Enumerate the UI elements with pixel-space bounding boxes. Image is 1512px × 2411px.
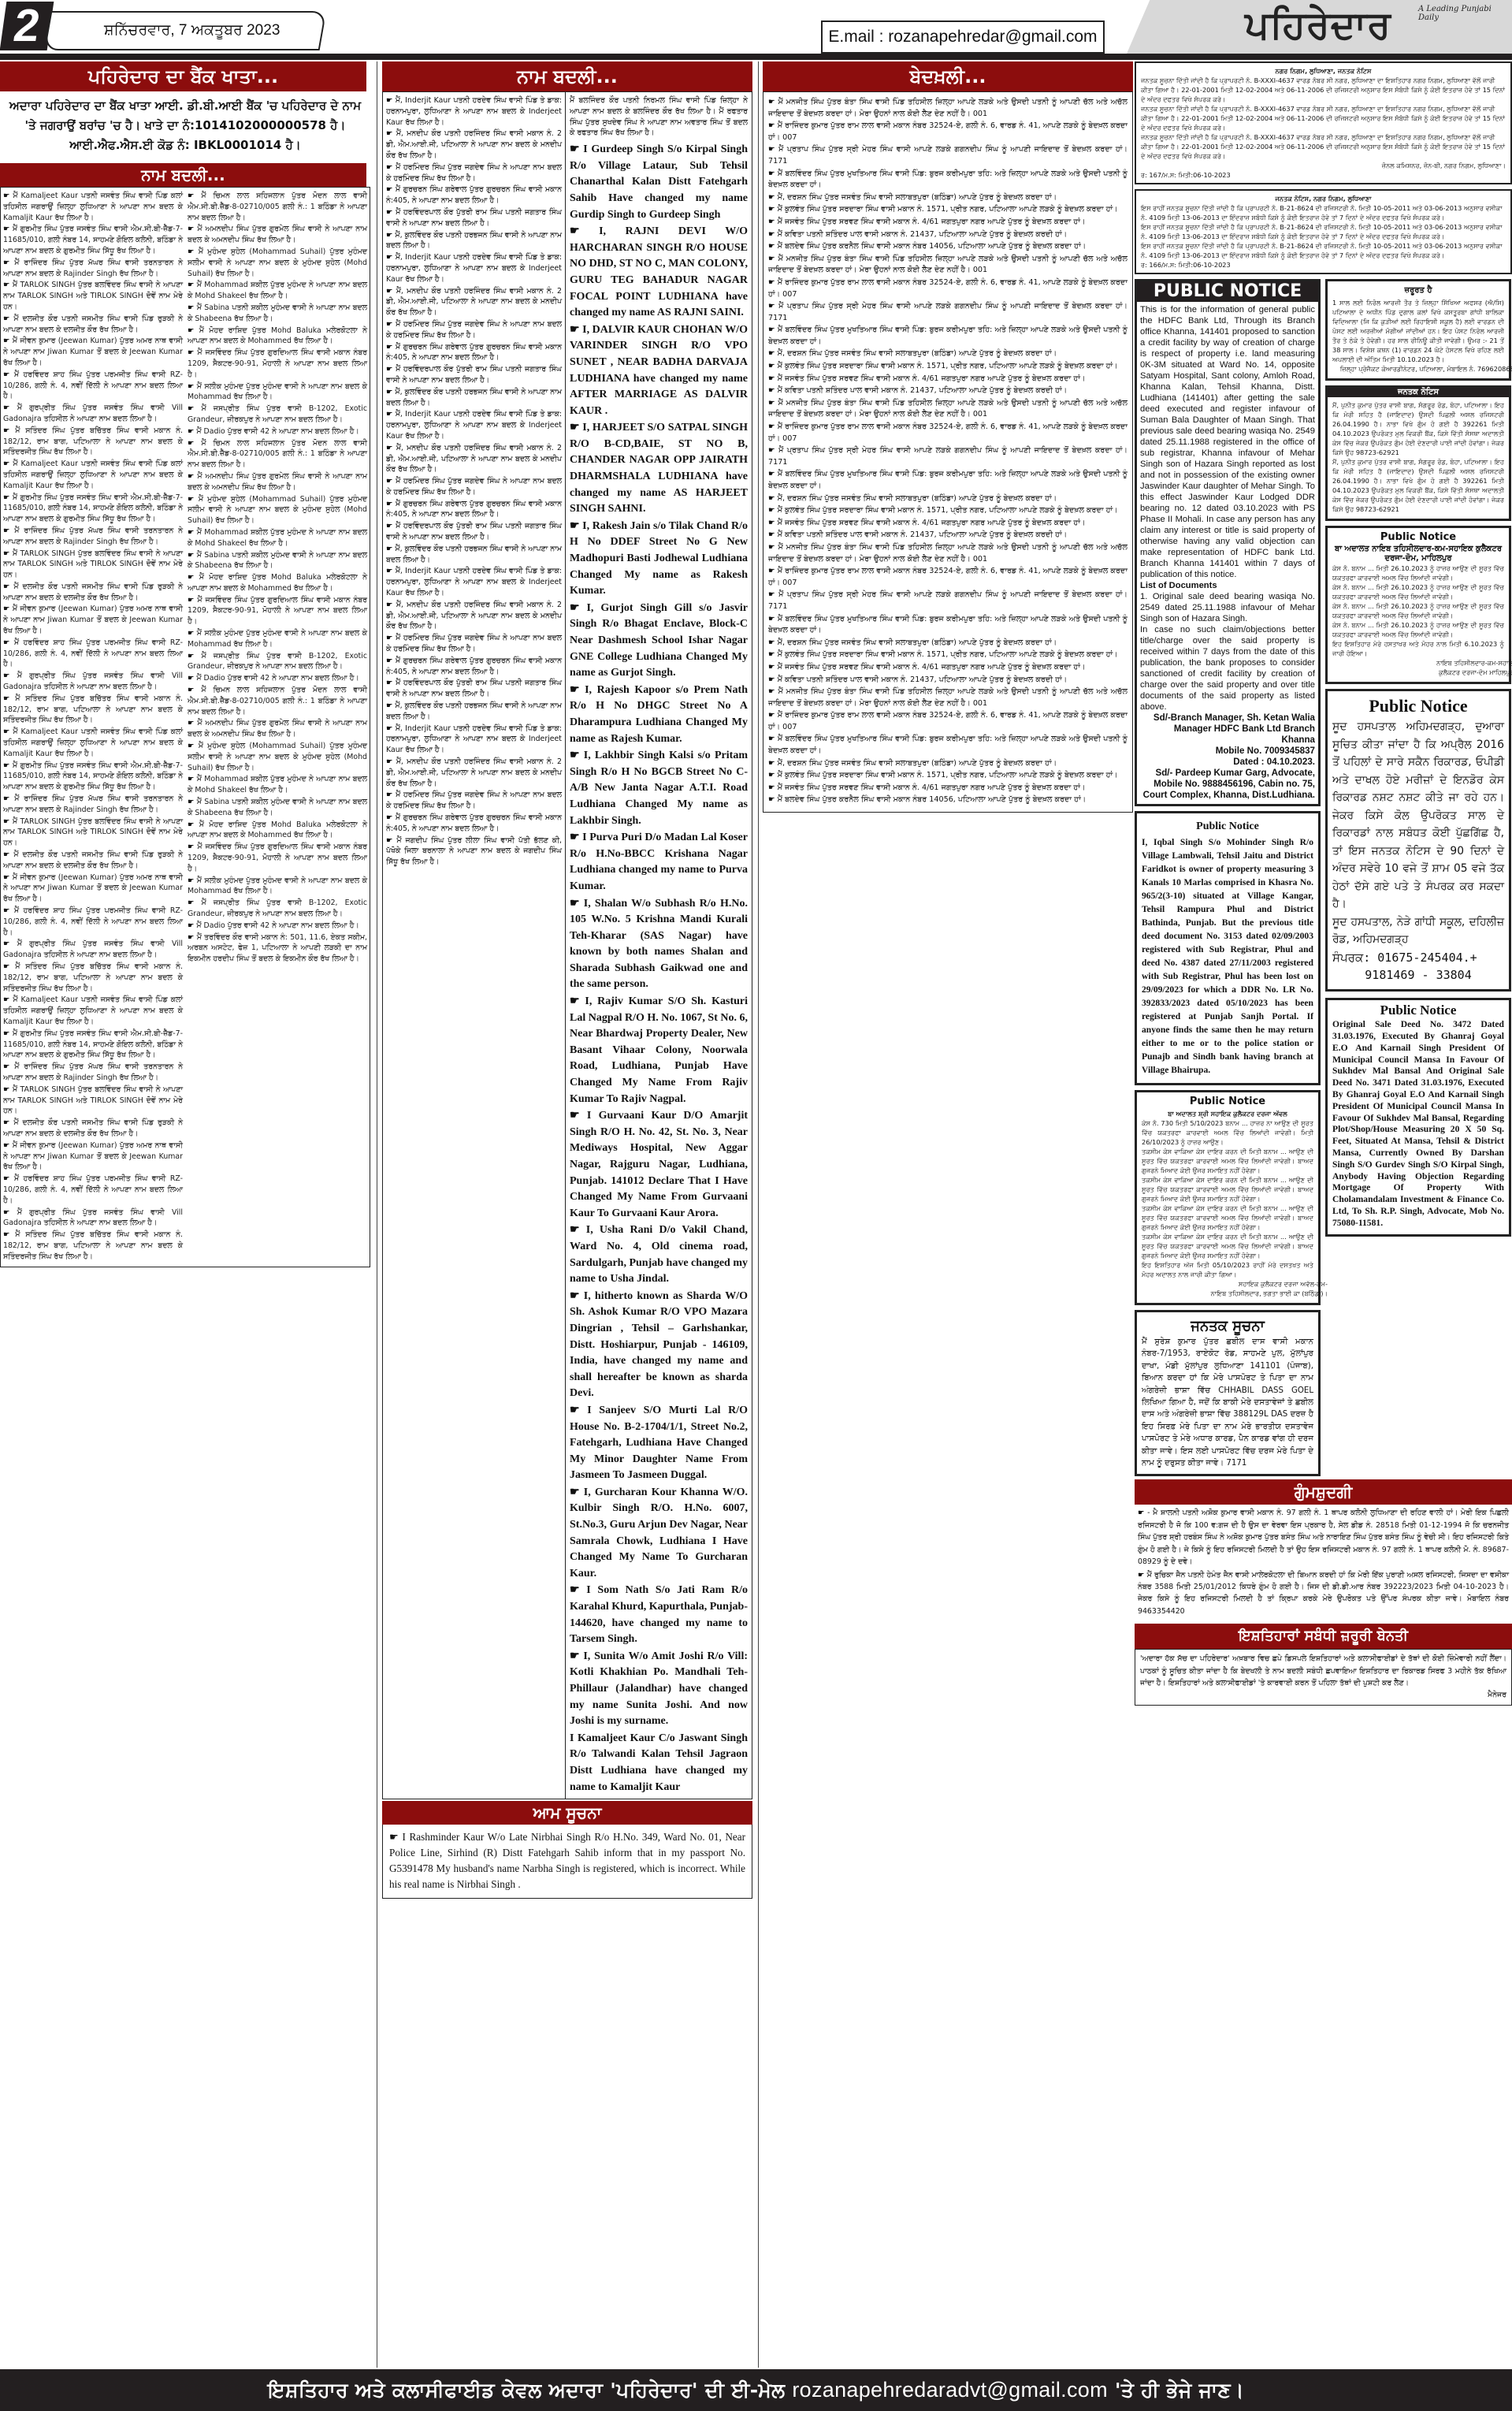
classified-entry: ਮੈਂ ਜਸਵੰਤ ਸਿੰਘ ਪੁੱਤਰ ਸਰਵਣ ਸਿੰਘ ਵਾਸੀ ਮਕਾਨ… xyxy=(768,374,1127,385)
classified-entry: ਮੈਂ ਕੁਲਵੰਤ ਸਿੰਘ ਪੁੱਤਰ ਸਰਦਾਰਾ ਸਿੰਘ ਵਾਸੀ ਮ… xyxy=(768,505,1127,517)
classified-entry: ਮੈਂ ਮੁਹੰਮਦ ਸੁਹੇਲ (Mohammad Suhail) ਪੁੱਤਰ… xyxy=(188,247,367,279)
classified-entry: ਮੈਂ ਗੁਰਮੀਤ ਸਿੰਘ ਪੁੱਤਰ ਜਸਵੰਤ ਸਿੰਘ ਵਾਸੀ ਐਮ… xyxy=(3,1029,183,1061)
footer-text-end: 'ਤੇ ਹੀ ਭੇਜੇ ਜਾਣ। xyxy=(1115,2379,1244,2402)
classified-entry: ਮੈਂ ਹਰਵਿੰਦਰ ਸ਼ਾਹ ਸਿੰਘ ਪੁੱਤਰ ਪਰਮਜੀਤ ਸਿੰਘ … xyxy=(3,370,183,402)
classified-entry: ਮੈਂ ਰਾਜਿੰਦਰ ਕੁਮਾਰ ਪੁੱਤਰ ਰਾਮ ਲਾਲ ਵਾਸੀ ਮਕਾ… xyxy=(768,422,1127,445)
classified-entry: ਮੈਂ ਬਲਦੇਵ ਸਿੰਘ ਪੁੱਤਰ ਕਰਨੈਲ ਸਿੰਘ ਵਾਸੀ ਮਕਾ… xyxy=(768,241,1127,253)
classified-entry: ਮੈਂ ਦਲਜੀਤ ਕੌਰ ਪਤਨੀ ਜਸਮੀਤ ਸਿੰਘ ਵਾਸੀ ਪਿੰਡ … xyxy=(3,582,183,604)
classified-entry: ਮੈਂ ਗੁਰਮੀਤ ਸਿੰਘ ਪੁੱਤਰ ਜਸਵੰਤ ਸਿੰਘ ਵਾਸੀ ਐਮ… xyxy=(3,761,183,793)
classified-entry: ਮੈਂ ਮੁਹੰਮਦ ਸੁਹੇਲ (Mohammad Suhail) ਪੁੱਤਰ… xyxy=(188,494,367,526)
classified-entry: ਮੈਂ Kamaljeet Kaur ਪਤਨੀ ਜਸਵੰਤ ਸਿੰਘ ਵਾਸੀ … xyxy=(3,459,183,491)
name-change-heading-main: ਨਾਮ ਬਦਲੀ... xyxy=(382,61,752,91)
classified-entry: ਮੈਂ ਰਾਜਿੰਦਰ ਕੁਮਾਰ ਪੁੱਤਰ ਰਾਮ ਲਾਲ ਵਾਸੀ ਮਕਾ… xyxy=(768,277,1127,300)
notice-title: Public Notice xyxy=(1142,820,1313,833)
classified-entry: ਮੈਂ, ਦਰਸ਼ਨ ਸਿੰਘ ਪੁੱਤਰ ਜਸਵੰਤ ਸਿੰਘ ਵਾਸੀ ਸਲ… xyxy=(768,192,1127,204)
classified-entry: ਮੈਂ ਕੁਲਵੰਤ ਸਿੰਘ ਪੁੱਤਰ ਸਰਦਾਰਾ ਸਿੰਘ ਵਾਸੀ ਮ… xyxy=(768,649,1127,661)
classified-entry: ਮੈਂ ਗੁਰਚਰਨ ਸਿੰਘ ਗਰੇਵਾਲ ਪੁੱਤਰ ਗੁਰਚਰਨ ਸਿੰਘ… xyxy=(386,499,562,521)
footer-text: ਇਸ਼ਤਿਹਾਰ ਅਤੇ ਕਲਾਸੀਫਾਈਡ ਕੇਵਲ ਅਦਾਰਾ 'ਪਹਿਰੇ… xyxy=(268,2379,785,2402)
classified-entry: ਮੈਂ ਕੁਲਵੰਤ ਸਿੰਘ ਪੁੱਤਰ ਸਰਦਾਰਾ ਸਿੰਘ ਵਾਸੀ ਮ… xyxy=(768,361,1127,373)
classified-entry: ਮੈਂ TARLOK SINGH ਪੁੱਤਰ ਬਲਵਿੰਦਰ ਸਿੰਘ ਵਾਸੀ… xyxy=(3,1085,183,1117)
classified-entry: ਮੈਂ ਹਰਵਿੰਦਰਪਾਲ ਕੌਰ ਪੁੱਤਰੀ ਰਾਮ ਸਿੰਘ ਪਤਨੀ … xyxy=(386,207,562,229)
general-notice-body: I Rashminder Kaur W/o Late Nirbhai Singh… xyxy=(382,1825,752,1899)
classified-entry: ਮੈਂ, Inderjit Kaur ਪਤਨੀ ਹਰਦੇਵ ਸਿੰਘ ਵਾਸੀ … xyxy=(386,252,562,285)
iqbal-public-notice: Public Notice I, Iqbal Singh S/o Mohinde… xyxy=(1135,811,1321,1085)
classified-entry: ਮੈਂ ਹਰਵਿੰਦਰ ਸ਼ਾਹ ਸਿੰਘ ਪੁੱਤਰ ਪਰਮਜੀਤ ਸਿੰਘ … xyxy=(3,906,183,938)
bank-account-heading: ਪਹਿਰੇਦਾਰ ਦਾ ਬੈਂਕ ਖਾਤਾ... xyxy=(0,61,366,91)
classified-entry: ਮੈਂ Kamaljeet Kaur ਪਤਨੀ ਜਸਵੰਤ ਸਿੰਘ ਵਾਸੀ … xyxy=(3,727,183,759)
classified-entry: ਮੈਂ ਜਸਵੰਤ ਸਿੰਘ ਪੁੱਤਰ ਸਰਵਣ ਸਿੰਘ ਵਾਸੀ ਮਕਾਨ… xyxy=(768,217,1127,229)
notice-body: ਮੈਂ ਸੁਰੇਸ਼ ਕੁਮਾਰ ਪੁੱਤਰ ਛਬੀਲ ਦਾਸ ਵਾਸੀ ਮਕਾ… xyxy=(1142,1336,1313,1469)
classified-entry: ਮੈਂ ਗੁਰਚਰਨ ਸਿੰਘ ਗਰੇਵਾਲ ਪੁੱਤਰ ਗੁਰਚਰਨ ਸਿੰਘ… xyxy=(386,184,562,206)
classified-entry: ਮੈਂ ਮਨਜੀਤ ਸਿੰਘ ਪੁੱਤਰ ਬੰਤਾ ਸਿੰਘ ਵਾਸੀ ਪਿੰਡ… xyxy=(768,686,1127,709)
classified-entry: ਮੈਂ ਰਾਜਿੰਦਰ ਸਿੰਘ ਪੁੱਤਰ ਮੱਘਰ ਸਿੰਘ ਵਾਸੀ ਤਰ… xyxy=(3,1062,183,1084)
notice-body: ਤਕਸੀਮ ਕੇਸ ਵਾਕਿਆ ਕੇਸ ਦਾਇਰ ਕਰਨ ਦੀ ਮਿਤੀ ਬਨਾ… xyxy=(1142,1175,1313,1204)
document-item: 1. Original sale deed bearing wasiqa No.… xyxy=(1140,591,1315,624)
page-number: 2 xyxy=(0,2,54,50)
notice-body: Original Sale Deed No. 3472 Dated 31.03.… xyxy=(1332,1019,1504,1229)
notice-body: 1 ਸਾਲ ਲਈ ਨਿਰੋਲ ਆਰਜ਼ੀ ਤੌਰ ਤੇ ਜ਼ਿਲ੍ਹਾ ਸਿੱਖ… xyxy=(1332,298,1504,364)
classified-entry: ਮੈਂ, Inderjit Kaur ਪਤਨੀ ਹਰਦੇਵ ਸਿੰਘ ਵਾਸੀ … xyxy=(386,409,562,441)
classified-entry: ਮੈਂ ਜਸਵਿੰਦਰ ਸਿੰਘ ਪੁੱਤਰ ਗੁਰਦਿਆਲ ਸਿੰਘ ਵਾਸੀ… xyxy=(188,595,367,627)
classified-entry: ਮੈਂ, ਕੁਲਵਿੰਦਰ ਕੌਰ ਪਤਨੀ ਹਰਭਜਨ ਸਿੰਘ ਵਾਸੀ ਨ… xyxy=(386,387,562,409)
classified-entry: ਮੈਂ ਤਰਵਿੰਦਰ ਕੌਰ ਵਾਸੀ ਮਕਾਨ ਨੰ: 501, 11.6,… xyxy=(188,932,367,965)
classified-entry: ਮੈਂ ਬਲਦੇਵ ਸਿੰਘ ਪੁੱਤਰ ਕਰਨੈਲ ਸਿੰਘ ਵਾਸੀ ਮਕਾ… xyxy=(768,794,1127,806)
classified-entry: ਮੈਂ ਸਲੀਕ ਮੁਹੰਮਦ ਪੁੱਤਰ ਮੁਹੰਮਦ ਵਾਸੀ ਨੇ ਆਪਣ… xyxy=(188,381,367,404)
classified-entry: ਮੈਂ ਕੁਲਵੰਤ ਸਿੰਘ ਪੁੱਤਰ ਸਰਦਾਰਾ ਸਿੰਘ ਵਾਸੀ ਮ… xyxy=(768,770,1127,782)
classified-entry: ਮੈਂ ਚਿਮਨ ਲਾਲ ਸਹਿਜਲਾਨ ਪੁੱਤਰ ਮੋਦਨ ਲਾਲ ਵਾਸੀ… xyxy=(188,438,367,471)
classified-entry: ਮੈਂ ਚਿਮਨ ਲਾਲ ਸਹਿਜਲਾਨ ਪੁੱਤਰ ਮੋਦਨ ਲਾਲ ਵਾਸੀ… xyxy=(188,191,367,223)
classified-entry: ਮੈਂ ਜਸਪ੍ਰੀਤ ਸਿੰਘ ਪੁੱਤਰ ਵਾਸੀ B-1202, Exot… xyxy=(188,651,367,673)
signature-line: Mobile No. 9888456196, Cabin no. 75, xyxy=(1140,779,1315,790)
classified-entry: ਮੈਂ Mohammad ਸ਼ਕੀਲ ਪੁੱਤਰ ਮੁਹੰਮਦ ਨੇ ਆਪਣਾ … xyxy=(188,527,367,549)
classified-entry: ਮੈਂ ਜਸਵਿੰਦਰ ਸਿੰਘ ਪੁੱਤਰ ਗੁਰਦਿਆਲ ਸਿੰਘ ਵਾਸੀ… xyxy=(188,348,367,380)
classified-entry: ਮੈਂ ਗੁਰਪ੍ਰੀਤ ਸਿੰਘ ਪੁੱਤਰ ਜਸਵੰਤ ਸਿੰਘ ਵਾਸੀ … xyxy=(3,671,183,693)
name-change-listing: ਮੈਂ Kamaljeet Kaur ਪਤਨੀ ਜਸਵੰਤ ਸਿੰਘ ਵਾਸੀ … xyxy=(0,187,370,1267)
classified-entry: ਮੈਂ, ਦਰਸ਼ਨ ਸਿੰਘ ਪੁੱਤਰ ਜਸਵੰਤ ਸਿੰਘ ਵਾਸੀ ਸਲ… xyxy=(768,758,1127,770)
classified-entry: I Som Nath S/o Jati Ram R/o Karahal Khur… xyxy=(570,1583,748,1647)
notice-body: ਸੂਦ ਹਸਪਤਾਲ ਅਹਿਮਦਗੜ੍ਹ, ਦੁਆਰਾ ਸੂਚਿਤ ਕੀਤਾ ਜ… xyxy=(1332,718,1504,913)
classified-entry: ਮੈਂ ਸਤਿੰਦਰ ਸਿੰਘ ਪੁੱਤਰ ਬਚਿੱਤਰ ਸਿੰਘ ਵਾਸੀ ਮ… xyxy=(3,694,183,726)
classified-entry: ਮੈਂ Dadio ਪੁੱਤਰ ਵਾਸੀ 42 ਨੇ ਆਪਣਾ ਨਾਮ ਬਦਲ … xyxy=(188,426,367,437)
classified-entry: ਮੈਂ ਗੁਰਪ੍ਰੀਤ ਸਿੰਘ ਪੁੱਤਰ ਜਸਵੰਤ ਸਿੰਘ ਵਾਸੀ … xyxy=(3,1207,183,1230)
classified-entry: ਮੈਂ ਦਲਜੀਤ ਕੌਰ ਪਤਨੀ ਜਸਮੀਤ ਸਿੰਘ ਵਾਸੀ ਪਿੰਡ … xyxy=(3,850,183,872)
notice-date: ਇਹ ਇਸ਼ਤਿਹਾਰ ਅੱਜ ਮਿਤੀ 05/10/2023 ਰਾਹੀਂ ਮੇ… xyxy=(1142,1260,1313,1279)
column-public-notices: ਨਗਰ ਨਿਗਮ, ਲੁਧਿਆਣਾ, ਜਨਤਕ ਨੋਟਿਸ ਜਨਤਕ ਸੂਚਨਾ… xyxy=(1135,61,1512,1706)
classified-entry: ਮੈਂ, ਕੁਲਵਿੰਦਰ ਕੌਰ ਪਤਨੀ ਹਰਭਜਨ ਸਿੰਘ ਵਾਸੀ ਨ… xyxy=(386,230,562,252)
notices-left-stack: PUBLIC NOTICE This is for the informatio… xyxy=(1135,279,1321,1476)
warden-recruitment-notice: ਜ਼ਰੂਰਤ ਹੈ 1 ਸਾਲ ਲਈ ਨਿਰੋਲ ਆਰਜ਼ੀ ਤੌਰ ਤੇ ਜ਼… xyxy=(1325,279,1511,381)
classified-entry: I Gurdeep Singh S/o Kirpal Singh R/o Vil… xyxy=(570,142,748,223)
notice-signature: ਜ਼ੋਨਲ ਕਮਿਸ਼ਨਰ, ਜ਼ੋਨ-ਬੀ, ਨਗਰ ਨਿਗਮ, ਲੁਧਿਆਣ… xyxy=(1141,161,1506,170)
classified-entry: I, Rajesh Kapoor s/o Prem Nath R/o H No … xyxy=(570,683,748,747)
classified-entry: ਮੈਂ ਰਾਜਿੰਦਰ ਸਿੰਘ ਪੁੱਤਰ ਮੱਘਰ ਸਿੰਘ ਵਾਸੀ ਤਰ… xyxy=(3,258,183,280)
notice-title: ਨਗਰ ਨਿਗਮ, ਲੁਧਿਆਣਾ, ਜਨਤਕ ਨੋਟਿਸ xyxy=(1141,66,1506,76)
classified-entry: ਮੈਂ, ਮਨਦੀਪ ਕੌਰ ਪਤਨੀ ਹਰਜਿੰਦਰ ਸਿੰਘ ਵਾਸੀ ਮਕ… xyxy=(386,286,562,318)
documents-heading: List of Documents xyxy=(1140,580,1315,591)
classified-entry: ਮੈਂ ਮੋਹਦ ਰਾਸ਼ਿਦ ਪੁੱਤਰ Mohd Baluka ਮਲੇਰਕੋ… xyxy=(188,572,367,594)
classified-entry: I, hitherto known as Sharda W/O Sh. Asho… xyxy=(570,1289,748,1402)
classified-entry: ਮੈਂ ਬਲਜਿੰਦਰ ਕੌਰ ਪਤਨੀ ਨਿਰਮਲ ਸਿੰਘ ਵਾਸੀ ਪਿੰ… xyxy=(570,95,748,139)
classified-entry: ਮੈਂ, ਦਰਸ਼ਨ ਸਿੰਘ ਪੁੱਤਰ ਜਸਵੰਤ ਸਿੰਘ ਵਾਸੀ ਸਲ… xyxy=(768,493,1127,505)
classified-entry: ਮੈਂ ਹਰਮਿੰਦਰ ਸਿੰਘ ਪੁੱਤਰ ਜਗਦੇਵ ਸਿੰਘ ਨੇ ਆਪਣ… xyxy=(386,162,562,184)
notice-signature: ਨਾਇਬ ਤਹਿਸੀਲਦਾਰ-ਕਮ-ਸਹਾਇਕ xyxy=(1332,658,1512,668)
notice-body: ਜਨਤਕ ਸੂਚਨਾ ਦਿੱਤੀ ਜਾਂਦੀ ਹੈ ਕਿ ਪ੍ਰਾਪਰਟੀ ਨੰ… xyxy=(1141,132,1506,161)
classified-entry: ਮੈਂ ਅਮਨਦੀਪ ਸਿੰਘ ਪੁੱਤਰ ਗੁਰਮੇਲ ਸਿੰਘ ਵਾਸੀ ਨ… xyxy=(188,224,367,246)
classified-entry: - ਮੈ ਸ਼ਾਲਨੀ ਪਤਨੀ ਅਸ਼ੋਕ ਕੁਮਾਰ ਵਾਸੀ ਮਕਾਨ ਨ… xyxy=(1138,1507,1509,1568)
masthead: 2 ਸ਼ਨਿੱਚਰਵਾਰ, 7 ਅਕਤੂਬਰ 2023 E.mail : roz… xyxy=(0,0,1512,54)
signature-line: Manager HDFC Bank Ltd Branch Khanna xyxy=(1140,724,1315,746)
classified-entry: ਮੈਂ ਜੀਵਨ ਕੁਮਾਰ (Jeewan Kumar) ਪੁੱਤਰ ਅਮਰ … xyxy=(3,872,183,905)
classified-entry: ਮੈਂ ਮਨਜੀਤ ਸਿੰਘ ਪੁੱਤਰ ਬੰਤਾ ਸਿੰਘ ਵਾਸੀ ਪਿੰਡ… xyxy=(768,398,1127,421)
classified-entry: ਮੈਂ ਹਰਵਿੰਦਰਪਾਲ ਕੌਰ ਪੁੱਤਰੀ ਰਾਮ ਸਿੰਘ ਪਤਨੀ … xyxy=(386,364,562,386)
date-banner: ਸ਼ਨਿੱਚਰਵਾਰ, 7 ਅਕਤੂਬਰ 2023 xyxy=(44,11,327,50)
classified-entry: ਮੈਂ ਦਲਜੀਤ ਕੌਰ ਪਤਨੀ ਜਸਮੀਤ ਸਿੰਘ ਵਾਸੀ ਪਿੰਡ … xyxy=(3,314,183,336)
classified-entry: I, Shalan W/o Subhash R/o H.No. 105 W.No… xyxy=(570,896,748,994)
notice-title: ਜਨਤਕ ਸੂਚਨਾ xyxy=(1142,1317,1313,1336)
classified-entry: I, HARJEET S/O SATPAL SINGH R/O B-CD,BAI… xyxy=(570,420,748,518)
classified-entry: ਮੈਂ ਕਵਿਤਾ ਪਤਨੀ ਸ਼ਤਿੰਦਰ ਪਾਲ ਵਾਸੀ ਮਕਾਨ ਨੰ.… xyxy=(768,530,1127,541)
classified-entry: ਮੈਂ ਮੁਹੰਮਦ ਸੁਹੇਲ (Mohammad Suhail) ਪੁੱਤਰ… xyxy=(188,741,367,773)
tagline: A Leading Punjabi Daily xyxy=(1418,5,1512,22)
classified-entry: I Sanjeev S/O Murti Lal R/O House No. B-… xyxy=(570,1403,748,1484)
classified-entry: ਮੈਂ ਬਲਵਿੰਦਰ ਸਿੰਘ ਪੁੱਤਰ ਮੁਖਤਿਆਰ ਸਿੰਘ ਵਾਸੀ… xyxy=(768,325,1127,348)
ad-request-heading: ਇਸ਼ਤਿਹਾਰਾਂ ਸਬੰਧੀ ਜ਼ਰੂਰੀ ਬੇਨਤੀ xyxy=(1135,1624,1512,1649)
classified-entry: ਮੈਂ ਪ੍ਰਤਾਪ ਸਿੰਘ ਪੁੱਤਰ ਸ੍ਰੀ ਮੇਹਰ ਸਿੰਘ ਵਾਸ… xyxy=(768,301,1127,324)
notice-body: ਤਕਸੀਮ ਕੇਸ ਵਾਕਿਆ ਕੇਸ ਦਾਇਰ ਕਰਨ ਦੀ ਮਿਤੀ ਬਨਾ… xyxy=(1142,1147,1313,1175)
classified-entry: ਮੈਂ ਪ੍ਰਤਾਪ ਸਿੰਘ ਪੁੱਤਰ ਸ੍ਰੀ ਮੇਹਰ ਸਿੰਘ ਵਾਸ… xyxy=(768,445,1127,468)
classified-entry: ਮੈਂ TARLOK SINGH ਪੁੱਤਰ ਬਲਵਿੰਦਰ ਸਿੰਘ ਵਾਸੀ… xyxy=(3,817,183,849)
classified-entry: ਮੈਂ ਹਰਮਿੰਦਰ ਸਿੰਘ ਪੁੱਤਰ ਜਗਦੇਵ ਸਿੰਘ ਨੇ ਆਪਣ… xyxy=(386,319,562,341)
classified-entry: I Gurvaani Kaur D/O Amarjit Singh R/O H.… xyxy=(570,1108,748,1222)
notice-title: ਜ਼ਰੂਰਤ ਹੈ xyxy=(1332,286,1504,296)
classified-entry: ਮੈਂ ਹਰਵਿੰਦਰਪਾਲ ਕੌਰ ਪੁੱਤਰੀ ਰਾਮ ਸਿੰਘ ਪਤਨੀ … xyxy=(386,678,562,700)
classified-entry: ਮੈਂ ਜਸਵੰਤ ਸਿੰਘ ਪੁੱਤਰ ਸਰਵਣ ਸਿੰਘ ਵਾਸੀ ਮਕਾਨ… xyxy=(768,518,1127,530)
notice-signature: ਕੁਲੈਕਟਰ ਦਰਜਾ-ਦੋਮ ਮਾਹਿਲਪੁਰ। xyxy=(1332,668,1512,677)
classified-entry: ਮੈਂ ਰੁਚਿਕਾ ਜੈਨ ਪਤਨੀ ਹੇਮੰਤ ਜੈਨ ਵਾਸੀ ਮਾਲੇਰ… xyxy=(1138,1569,1509,1618)
name-change-heading: ਨਾਮ ਬਦਲੀ... xyxy=(0,163,366,187)
classified-entry: ਮੈਂ ਜਗਦੀਪ ਸਿੰਘ ਪੁੱਤਰ ਲੀਲਾ ਸਿੰਘ ਵਾਸੀ ਪੱਤੀ… xyxy=(386,835,562,868)
classified-entry: ਮੈਂ Kamaljeet Kaur ਪਤਨੀ ਜਸਵੰਤ ਸਿੰਘ ਵਾਸੀ … xyxy=(3,191,183,223)
classified-entry: ਮੈਂ ਗੁਰਪ੍ਰੀਤ ਸਿੰਘ ਪੁੱਤਰ ਜਸਵੰਤ ਸਿੰਘ ਵਾਸੀ … xyxy=(3,403,183,425)
classified-entry: ਮੈਂ Kamaljeet Kaur ਪਤਨੀ ਜਸਵੰਤ ਸਿੰਘ ਵਾਸੀ … xyxy=(3,995,183,1027)
classified-entry: ਮੈਂ ਸਲੀਕ ਮੁਹੰਮਦ ਪੁੱਤਰ ਮੁਹੰਮਦ ਵਾਸੀ ਨੇ ਆਪਣ… xyxy=(188,876,367,898)
notice-body: ਇਸ ਰਾਹੀਂ ਜਨਤਕ ਸੂਚਨਾ ਦਿੱਤੀ ਜਾਂਦੀ ਹੈ ਕਿ ਪ੍… xyxy=(1141,203,1506,222)
classified-entry: I, Usha Rani D/o Vakil Chand, Ward No. 4… xyxy=(570,1222,748,1287)
municipal-notice-2: ਜਨਤਕ ਨੋਟਿਸ, ਨਗਰ ਨਿਗਮ, ਲੁਧਿਆਣਾ ਇਸ ਰਾਹੀਂ ਜ… xyxy=(1135,189,1512,274)
classified-entry: ਮੈਂ ਸਤਿੰਦਰ ਸਿੰਘ ਪੁੱਤਰ ਬਚਿੱਤਰ ਸਿੰਘ ਵਾਸੀ ਮ… xyxy=(3,962,183,994)
classified-entry: ਮੈਂ, ਮਨਦੀਪ ਕੌਰ ਪਤਨੀ ਹਰਜਿੰਦਰ ਸਿੰਘ ਵਾਸੀ ਮਕ… xyxy=(386,443,562,475)
classified-entry: ਮੈਂ ਰਾਜਿੰਦਰ ਕੁਮਾਰ ਪੁੱਤਰ ਰਾਮ ਲਾਲ ਵਾਸੀ ਮਕਾ… xyxy=(768,566,1127,589)
notice-title: PUBLIC NOTICE xyxy=(1137,281,1318,302)
classified-entry: ਮੈਂ ਕਵਿਤਾ ਪਤਨੀ ਸ਼ਤਿੰਦਰ ਪਾਲ ਵਾਸੀ ਮਕਾਨ ਨੰ.… xyxy=(768,229,1127,241)
notice-body: This is for the information of general p… xyxy=(1140,304,1315,580)
classified-entry: ਮੈਂ, ਮਨਦੀਪ ਕੌਰ ਪਤਨੀ ਹਰਜਿੰਦਰ ਸਿੰਘ ਵਾਸੀ ਮਕ… xyxy=(386,757,562,789)
classified-entry: ਮੈਂ ਹਰਵਿੰਦਰ ਸ਼ਾਹ ਸਿੰਘ ਪੁੱਤਰ ਪਰਮਜੀਤ ਸਿੰਘ … xyxy=(3,638,183,670)
classified-entry: ਮੈਂ ਰਾਜਿੰਦਰ ਸਿੰਘ ਪੁੱਤਰ ਮੱਘਰ ਸਿੰਘ ਵਾਸੀ ਤਰ… xyxy=(3,794,183,816)
column-rule xyxy=(758,61,759,2368)
classified-entry: I, Lakhbir Singh Kalsi s/o Pritam Singh … xyxy=(570,748,748,829)
notice-subtitle: ਬਾ ਅਦਾਲਤ ਸ਼੍ਰੀ ਸਹਾਇਕ ਕੁਲੈਕਟਰ ਦਰਜਾ ਅੱਵਲ xyxy=(1142,1109,1313,1118)
classified-entry: I, Rajiv Kumar S/O Sh. Kasturi Lal Nagpa… xyxy=(570,994,748,1107)
notice-body: ਇਸ ਰਾਹੀਂ ਜਨਤਕ ਸੂਚਨਾ ਦਿੱਤੀ ਜਾਂਦੀ ਹੈ ਕਿ ਪ੍… xyxy=(1141,222,1506,241)
classified-entry: ਮੈਂ ਜਸਵੰਤ ਸਿੰਘ ਪੁੱਤਰ ਸਰਵਣ ਸਿੰਘ ਵਾਸੀ ਮਕਾਨ… xyxy=(768,662,1127,674)
classified-entry: ਮੈਂ ਅਮਨਦੀਪ ਸਿੰਘ ਪੁੱਤਰ ਗੁਰਮੇਲ ਸਿੰਘ ਵਾਸੀ ਨ… xyxy=(188,718,367,740)
english-entries: ਮੈਂ ਬਲਜਿੰਦਰ ਕੌਰ ਪਤਨੀ ਨਿਰਮਲ ਸਿੰਘ ਵਾਸੀ ਪਿੰ… xyxy=(566,92,752,1799)
notice-address: ਸੂਦ ਹਸਪਤਾਲ, ਨੇੜੇ ਗਾਂਧੀ ਸਕੂਲ, ਦਹਿਲੀਜ਼ ਰੋਡ… xyxy=(1332,913,1504,949)
notices-split: PUBLIC NOTICE This is for the informatio… xyxy=(1135,279,1512,1476)
classified-entry: ਮੈਂ, ਦਰਸ਼ਨ ਸਿੰਘ ਪੁੱਤਰ ਜਸਵੰਤ ਸਿੰਘ ਵਾਸੀ ਸਲ… xyxy=(768,638,1127,649)
signature-line: Dated : 04.10.2023. xyxy=(1140,757,1315,768)
classified-entry: ਮੈਂ, Inderjit Kaur ਪਤਨੀ ਹਰਦੇਵ ਸਿੰਘ ਵਾਸੀ … xyxy=(386,566,562,598)
classified-entry: ਮੈਂ, Inderjit Kaur ਪਤਨੀ ਹਰਦੇਵ ਸਿੰਘ ਵਾਸੀ … xyxy=(386,724,562,756)
column-bank-and-name-change: ਪਹਿਰੇਦਾਰ ਦਾ ਬੈਂਕ ਖਾਤਾ... ਅਦਾਰਾ ਪਹਿਰੇਦਾਰ … xyxy=(0,61,370,1267)
classified-entry: ਮੈਂ ਹਰਵਿੰਦਰ ਸ਼ਾਹ ਸਿੰਘ ਪੁੱਤਰ ਪਰਮਜੀਤ ਸਿੰਘ … xyxy=(3,1174,183,1206)
notice-signature: ਜ਼ਿਲ੍ਹਾ ਪ੍ਰੋਜੈਕਟ ਕੋਆਰਡੀਨੇਟਰ, ਪਟਿਆਲਾ, ਮੋਬ… xyxy=(1332,364,1512,374)
classified-entry: ਮੈਂ ਬਲਵਿੰਦਰ ਸਿੰਘ ਪੁੱਤਰ ਮੁਖਤਿਆਰ ਸਿੰਘ ਵਾਸੀ… xyxy=(768,469,1127,492)
classified-entry: ਮੈਂ Sabina ਪਤਨੀ ਸ਼ਕੀਲ ਮੁਹੰਮਦ ਵਾਸੀ ਨੇ ਆਪਣ… xyxy=(188,797,367,819)
classified-entry: ਮੈਂ ਰਾਜਿੰਦਰ ਕੁਮਾਰ ਪੁੱਤਰ ਰਾਮ ਲਾਲ ਵਾਸੀ ਮਕਾ… xyxy=(768,121,1127,143)
notice-body: ਮੈਂ, ਪੁਨੀਤ ਕੁਮਾਰ ਪੁੱਤਰ ਵਾਸੀ ਬਾਗ, ਸੰਗਰੂਰ … xyxy=(1332,400,1504,457)
classified-entry: ਮੈਂ ਹਰਮਿੰਦਰ ਸਿੰਘ ਪੁੱਤਰ ਜਗਦੇਵ ਸਿੰਘ ਨੇ ਆਪਣ… xyxy=(386,476,562,498)
notice-ref: ਰ: 167/ਮ.ਸ: ਮਿਤੀ:06-10-2023 xyxy=(1141,170,1506,180)
classified-entry: ਮੈਂ ਹਰਵਿੰਦਰਪਾਲ ਕੌਰ ਪੁੱਤਰੀ ਰਾਮ ਸਿੰਘ ਪਤਨੀ … xyxy=(386,521,562,543)
classified-entry: ਮੈਂ ਮਨਜੀਤ ਸਿੰਘ ਪੁੱਤਰ ਬੰਤਾ ਸਿੰਘ ਵਾਸੀ ਪਿੰਡ… xyxy=(768,542,1127,565)
classified-entry: ਮੈਂ ਕੁਲਵੰਤ ਸਿੰਘ ਪੁੱਤਰ ਸਰਦਾਰਾ ਸਿੰਘ ਵਾਸੀ ਮ… xyxy=(768,204,1127,216)
classified-entry: ਮੈਂ ਮੋਹਦ ਰਾਸ਼ਿਦ ਪੁੱਤਰ Mohd Baluka ਮਲੇਰਕੋ… xyxy=(188,820,367,842)
contact-email: E.mail : rozanapehredar@gmail.com xyxy=(821,20,1105,54)
column-eviction: ਬੇਦਖ਼ਲੀ... ਮੈਂ ਮਨਜੀਤ ਸਿੰਘ ਪੁੱਤਰ ਬੰਤਾ ਸਿੰ… xyxy=(763,61,1133,813)
name-change-main-body: ਮੈਂ, Inderjit Kaur ਪਤਨੀ ਹਰਦੇਵ ਸਿੰਘ ਵਾਸੀ … xyxy=(382,91,752,1799)
classified-entry: ਮੈਂ ਹਰਮਿੰਦਰ ਸਿੰਘ ਪੁੱਤਰ ਜਗਦੇਵ ਸਿੰਘ ਨੇ ਆਪਣ… xyxy=(386,633,562,655)
notice-subtitle: ਬਾ ਅਦਾਲਤ ਨਾਇਬ ਤਹਿਸੀਲਦਾਰ-ਕਮ-ਸਹਾਇਕ ਕੁਲੈਕਟਰ… xyxy=(1332,545,1504,564)
notices-right-stack: ਜ਼ਰੂਰਤ ਹੈ 1 ਸਾਲ ਲਈ ਨਿਰੋਲ ਆਰਜ਼ੀ ਤੌਰ ਤੇ ਜ਼… xyxy=(1325,279,1511,1476)
classified-entry: ਮੈਂ ਗੁਰਮੀਤ ਸਿੰਘ ਪੁੱਤਰ ਜਸਵੰਤ ਸਿੰਘ ਵਾਸੀ ਐਮ… xyxy=(3,493,183,525)
classified-entry: ਮੈਂ ਜਸਵੰਤ ਸਿੰਘ ਪੁੱਤਰ ਸਰਵਣ ਸਿੰਘ ਵਾਸੀ ਮਕਾਨ… xyxy=(768,783,1127,794)
classified-entry: ਮੈਂ ਬਲਵਿੰਦਰ ਸਿੰਘ ਪੁੱਤਰ ਮੁਖਤਿਆਰ ਸਿੰਘ ਵਾਸੀ… xyxy=(768,169,1127,192)
classified-entry: ਮੈਂ ਮਨਜੀਤ ਸਿੰਘ ਪੁੱਤਰ ਬੰਤਾ ਸਿੰਘ ਵਾਸੀ ਪਿੰਡ… xyxy=(768,97,1127,120)
punjabi-entries: ਮੈਂ, Inderjit Kaur ਪਤਨੀ ਹਰਦੇਵ ਸਿੰਘ ਵਾਸੀ … xyxy=(383,92,566,1799)
classified-entry: ਮੈਂ Sabina ਪਤਨੀ ਸ਼ਕੀਲ ਮੁਹੰਮਦ ਵਾਸੀ ਨੇ ਆਪਣ… xyxy=(188,303,367,325)
notice-body: ਕੇਸ ਨੰ. ਬਨਾਮ ... ਮਿਤੀ 26.10.2023 ਨੂੰ ਹਾਜ… xyxy=(1332,601,1504,620)
classified-entry: I Purva Puri D/o Madan Lal Koser R/o H.N… xyxy=(570,830,748,895)
classified-entry: ਮੈਂ ਜਸਪ੍ਰੀਤ ਸਿੰਘ ਪੁੱਤਰ ਵਾਸੀ B-1202, Exot… xyxy=(188,898,367,920)
classified-entry: I Rashminder Kaur W/o Late Nirbhai Singh… xyxy=(389,1829,745,1892)
sood-hospital-notice: Public Notice ਸੂਦ ਹਸਪਤਾਲ ਅਹਿਮਦਗੜ੍ਹ, ਦੁਆਰ… xyxy=(1325,689,1511,992)
classified-entry: ਮੈਂ Dadio ਪੁੱਤਰ ਵਾਸੀ 42 ਨੇ ਆਪਣਾ ਨਾਮ ਬਦਲ … xyxy=(188,921,367,932)
notice-title: Public Notice xyxy=(1142,1097,1313,1107)
classified-entry: ਮੈਂ ਜੀਵਨ ਕੁਮਾਰ (Jeewan Kumar) ਪੁੱਤਰ ਅਮਰ … xyxy=(3,604,183,636)
classified-entry: ਮੈਂ ਪ੍ਰਤਾਪ ਸਿੰਘ ਪੁੱਤਰ ਸ੍ਰੀ ਮੇਹਰ ਸਿੰਘ ਵਾਸ… xyxy=(768,144,1127,167)
mansa-public-notice: Public Notice Original Sale Deed No. 347… xyxy=(1325,998,1511,1237)
classified-entry: I, RAJNI DEVI W/O HARCHARAN SINGH R/O HO… xyxy=(570,224,748,322)
notice-contact: ਸੰਪਰਕ: 01675-245404.+ xyxy=(1332,949,1504,967)
notice-body: ਤਕਸੀਮ ਕੇਸ ਵਾਕਿਆ ਕੇਸ ਦਾਇਰ ਕਰਨ ਦੀ ਮਿਤੀ ਬਨਾ… xyxy=(1142,1204,1313,1232)
classified-entry: ਮੈਂ ਰਾਜਿੰਦਰ ਕੁਮਾਰ ਪੁੱਤਰ ਰਾਮ ਲਾਲ ਵਾਸੀ ਮਕਾ… xyxy=(768,710,1127,733)
passport-correction-notice: ਜਨਤਕ ਸੂਚਨਾ ਮੈਂ ਸੁਰੇਸ਼ ਕੁਮਾਰ ਪੁੱਤਰ ਛਬੀਲ ਦ… xyxy=(1135,1310,1321,1476)
general-notice-heading: ਆਮ ਸੂਚਨਾ xyxy=(382,1801,752,1825)
classified-entry: ਮੈਂ ਬਲਵਿੰਦਰ ਸਿੰਘ ਪੁੱਤਰ ਮੁਖਤਿਆਰ ਸਿੰਘ ਵਾਸੀ… xyxy=(768,734,1127,757)
signature-line: Sd/- Pardeep Kumar Garg, Advocate, xyxy=(1140,768,1315,779)
classified-entry: ਮੈਂ ਹਰਮਿੰਦਰ ਸਿੰਘ ਪੁੱਤਰ ਜਗਦੇਵ ਸਿੰਘ ਨੇ ਆਪਣ… xyxy=(386,790,562,812)
classified-entry: ਮੈਂ ਪ੍ਰਤਾਪ ਸਿੰਘ ਪੁੱਤਰ ਸ੍ਰੀ ਮੇਹਰ ਸਿੰਘ ਵਾਸ… xyxy=(768,590,1127,612)
municipal-notice-1: ਨਗਰ ਨਿਗਮ, ਲੁਧਿਆਣਾ, ਜਨਤਕ ਨੋਟਿਸ ਜਨਤਕ ਸੂਚਨਾ… xyxy=(1135,61,1512,184)
classified-entry: ਮੈਂ Mohammad ਸ਼ਕੀਲ ਪੁੱਤਰ ਮੁਹੰਮਦ ਨੇ ਆਪਣਾ … xyxy=(188,774,367,796)
classified-entry: ਮੈਂ ਜੀਵਨ ਕੁਮਾਰ (Jeewan Kumar) ਪੁੱਤਰ ਅਮਰ … xyxy=(3,336,183,368)
classified-entry: ਮੈਂ ਗੁਰਚਰਨ ਸਿੰਘ ਗਰੇਵਾਲ ਪੁੱਤਰ ਗੁਰਚਰਨ ਸਿੰਘ… xyxy=(386,813,562,835)
notice-body: ਕੇਸ ਨੰ. ਬਨਾਮ ... ਮਿਤੀ 26.10.2023 ਨੂੰ ਹਾਜ… xyxy=(1332,582,1504,601)
classified-entry: ਮੈਂ Mohammad ਸ਼ਕੀਲ ਪੁੱਤਰ ਮੁਹੰਮਦ ਨੇ ਆਪਣਾ … xyxy=(188,280,367,302)
hdfc-public-notice: PUBLIC NOTICE This is for the informatio… xyxy=(1135,279,1321,806)
classified-entry: ਮੈਂ Dadio ਪੁੱਤਰ ਵਾਸੀ 42 ਨੇ ਆਪਣਾ ਨਾਮ ਬਦਲ … xyxy=(188,673,367,684)
lost-registry-notice: ਜਨਤਕ ਨੋਟਿਸ ਮੈਂ, ਪੁਨੀਤ ਕੁਮਾਰ ਪੁੱਤਰ ਵਾਸੀ ਬ… xyxy=(1325,385,1511,521)
missing-heading: ਗੁੰਮਸ਼ੁਦਗੀ xyxy=(1135,1479,1512,1505)
notice-body: ਕੇਸ ਨੰ. ਬਨਾਮ ... ਮਿਤੀ 26.10.2023 ਨੂੰ ਹਾਜ… xyxy=(1332,564,1504,582)
bank-account-details: ਅਦਾਰਾ ਪਹਿਰੇਦਾਰ ਦਾ ਬੈਂਕ ਖਾਤਾ ਆਈ. ਡੀ.ਬੀ.ਆਈ… xyxy=(0,91,370,163)
notice-title: ਜਨਤਕ ਨੋਟਿਸ xyxy=(1328,388,1509,397)
notice-body: ਜਨਤਕ ਸੂਚਨਾ ਦਿੱਤੀ ਜਾਂਦੀ ਹੈ ਕਿ ਪ੍ਰਾਪਰਟੀ ਨੰ… xyxy=(1141,104,1506,132)
court-notice-bhagta: Public Notice ਬਾ ਅਦਾਲਤ ਸ਼੍ਰੀ ਸਹਾਇਕ ਕੁਲੈਕ… xyxy=(1135,1090,1321,1305)
signature-line: Court Complex, Khanna, Dist.Ludhiana. xyxy=(1140,790,1315,801)
eviction-listing: ਮੈਂ ਮਨਜੀਤ ਸਿੰਘ ਪੁੱਤਰ ਬੰਤਾ ਸਿੰਘ ਵਾਸੀ ਪਿੰਡ… xyxy=(763,91,1133,813)
notice-body: I, Iqbal Singh S/o Mohinder Singh R/o Vi… xyxy=(1142,835,1313,1077)
newspaper-logo: ਪਹਿਰੇਦਾਰ xyxy=(1245,3,1391,48)
masthead-divider xyxy=(0,54,1512,60)
classified-entry: ਮੈਂ Sabina ਪਤਨੀ ਸ਼ਕੀਲ ਮੁਹੰਮਦ ਵਾਸੀ ਨੇ ਆਪਣ… xyxy=(188,550,367,572)
classified-entry: ਮੈਂ TARLOK SINGH ਪੁੱਤਰ ਬਲਵਿੰਦਰ ਸਿੰਘ ਵਾਸੀ… xyxy=(3,280,183,312)
notice-title: ਜਨਤਕ ਨੋਟਿਸ, ਨਗਰ ਨਿਗਮ, ਲੁਧਿਆਣਾ xyxy=(1141,194,1506,203)
notice-signature: ਨਾਇਬ ਤਹਿਸੀਲਦਾਰ, ਭਗਤਾ ਭਾਈ ਕਾ (ਬਠਿੰਡਾ)। xyxy=(1142,1289,1328,1298)
signature-line: Mobile No. 7009345837 xyxy=(1140,746,1315,757)
notice-body: ਇਸ ਰਾਹੀਂ ਜਨਤਕ ਸੂਚਨਾ ਦਿੱਤੀ ਜਾਂਦੀ ਹੈ ਕਿ ਪ੍… xyxy=(1141,241,1506,260)
classified-entry: ਮੈਂ ਗੁਰਮੀਤ ਸਿੰਘ ਪੁੱਤਰ ਜਸਵੰਤ ਸਿੰਘ ਵਾਸੀ ਐਮ… xyxy=(3,224,183,256)
notice-body: ਤਕਸੀਮ ਕੇਸ ਵਾਕਿਆ ਕੇਸ ਦਾਇਰ ਕਰਨ ਦੀ ਮਿਤੀ ਬਨਾ… xyxy=(1142,1232,1313,1260)
column-name-change-main: ਨਾਮ ਬਦਲੀ... ਮੈਂ, Inderjit Kaur ਪਤਨੀ ਹਰਦੇ… xyxy=(382,61,752,1899)
classified-entry: ਮੈਂ ਕਵਿਤਾ ਪਤਨੀ ਸ਼ਤਿੰਦਰ ਪਾਲ ਵਾਸੀ ਮਕਾਨ ਨੰ.… xyxy=(768,385,1127,397)
eviction-heading: ਬੇਦਖ਼ਲੀ... xyxy=(763,61,1133,91)
classified-entry: ਮੈਂ, ਕੁਲਵਿੰਦਰ ਕੌਰ ਪਤਨੀ ਹਰਭਜਨ ਸਿੰਘ ਵਾਸੀ ਨ… xyxy=(386,544,562,566)
notice-body: ਮੈਂ, ਪੁਨੀਤ ਕੁਮਾਰ ਪੁੱਤਰ ਵਾਸੀ ਬਾਗ, ਸੰਗਰੂਰ … xyxy=(1332,457,1504,514)
classified-entry: ਮੈਂ ਕਵਿਤਾ ਪਤਨੀ ਸ਼ਤਿੰਦਰ ਪਾਲ ਵਾਸੀ ਮਕਾਨ ਨੰ.… xyxy=(768,675,1127,686)
classified-entry: I, Gurcharan Kour Khanna W/O. Kulbir Sin… xyxy=(570,1485,748,1583)
signature-line: Sd/-Branch Manager, Sh. Ketan Walia xyxy=(1140,713,1315,724)
column-rule xyxy=(377,61,377,2368)
issue-date: ਸ਼ਨਿੱਚਰਵਾਰ, 7 ਅਕਤੂਬਰ 2023 xyxy=(104,13,280,49)
court-notice-mahilpur: Public Notice ਬਾ ਅਦਾਲਤ ਨਾਇਬ ਤਹਿਸੀਲਦਾਰ-ਕਮ… xyxy=(1325,526,1511,684)
name-change-subcolumn-a: ਮੈਂ Kamaljeet Kaur ਪਤਨੀ ਜਸਵੰਤ ਸਿੰਘ ਵਾਸੀ … xyxy=(3,191,183,1263)
notice-phone: 9181469 - 33804 xyxy=(1332,966,1504,984)
notice-title: Public Notice xyxy=(1332,696,1504,716)
classified-entry: ਮੈਂ ਜੀਵਨ ਕੁਮਾਰ (Jeewan Kumar) ਪੁੱਤਰ ਅਮਰ … xyxy=(3,1140,183,1173)
classified-entry: ਮੈਂ, ਦਰਸ਼ਨ ਸਿੰਘ ਪੁੱਤਰ ਜਸਵੰਤ ਸਿੰਘ ਵਾਸੀ ਸਲ… xyxy=(768,348,1127,360)
classified-entry: ਮੈਂ, Inderjit Kaur ਪਤਨੀ ਹਰਦੇਵ ਸਿੰਘ ਵਾਸੀ … xyxy=(386,95,562,128)
notice-body: ਕੇਸ ਨੰ. 730 ਮਿਤੀ 5/10/2023 ਬਨਾਮ ... ਹਾਜ਼… xyxy=(1142,1118,1313,1147)
classified-entry: I, Rakesh Jain s/o Tilak Chand R/o H No … xyxy=(570,519,748,600)
notice-closing: In case no such claim/objections better … xyxy=(1140,624,1315,713)
ad-request-body: 'ਅਦਾਰਾ ਹੱਕ ਸੱਚ ਦਾ ਪਹਿਰੇਦਾਰ' ਅਖ਼ਬਾਰ ਵਿਚ ਛ… xyxy=(1135,1649,1512,1706)
classified-entry: ਮੈਂ TARLOK SINGH ਪੁੱਤਰ ਬਲਵਿੰਦਰ ਸਿੰਘ ਵਾਸੀ… xyxy=(3,549,183,581)
classified-entry: I Kamaljeet Kaur C/o Jaswant Singh R/o T… xyxy=(570,1731,748,1795)
notice-signature: ਸਹਾਇਕ ਕੁਲੈਕਟਰ ਦਰਜਾ ਅਵੱਲ-ਕਮ- xyxy=(1142,1279,1328,1289)
classified-entry: ਮੈਂ, ਕੁਲਵਿੰਦਰ ਕੌਰ ਪਤਨੀ ਹਰਭਜਨ ਸਿੰਘ ਵਾਸੀ ਨ… xyxy=(386,701,562,723)
classified-entry: ਮੈਂ ਮੋਹਦ ਰਾਸ਼ਿਦ ਪੁੱਤਰ Mohd Baluka ਮਲੇਰਕੋ… xyxy=(188,326,367,348)
ad-request-text: 'ਅਦਾਰਾ ਹੱਕ ਸੱਚ ਦਾ ਪਹਿਰੇਦਾਰ' ਅਖ਼ਬਾਰ ਵਿਚ ਛ… xyxy=(1140,1653,1506,1689)
classified-entry: ਮੈਂ ਗੁਰਚਰਨ ਸਿੰਘ ਗਰੇਵਾਲ ਪੁੱਤਰ ਗੁਰਚਰਨ ਸਿੰਘ… xyxy=(386,342,562,364)
missing-listing: - ਮੈ ਸ਼ਾਲਨੀ ਪਤਨੀ ਅਸ਼ੋਕ ਕੁਮਾਰ ਵਾਸੀ ਮਕਾਨ ਨ… xyxy=(1135,1505,1512,1620)
classified-entry: ਮੈਂ ਸਤਿੰਦਰ ਸਿੰਘ ਪੁੱਤਰ ਬਚਿੱਤਰ ਸਿੰਘ ਵਾਸੀ ਮ… xyxy=(3,426,183,458)
notice-title: Public Notice xyxy=(1332,533,1504,542)
footer-email: rozanapehredaradvt@gmail.com xyxy=(792,2378,1108,2402)
classified-entry: I, Sunita W/o Amit Joshi R/o Vill: Kotli… xyxy=(570,1649,748,1730)
classified-entry: ਮੈਂ, ਮਨਦੀਪ ਕੌਰ ਪਤਨੀ ਹਰਜਿੰਦਰ ਸਿੰਘ ਵਾਸੀ ਮਕ… xyxy=(386,600,562,632)
classified-entry: ਮੈਂ ਜਸਵਿੰਦਰ ਸਿੰਘ ਪੁੱਤਰ ਗੁਰਦਿਆਲ ਸਿੰਘ ਵਾਸੀ… xyxy=(188,842,367,874)
classified-entry: ਮੈਂ ਗੁਰਪ੍ਰੀਤ ਸਿੰਘ ਪੁੱਤਰ ਜਸਵੰਤ ਸਿੰਘ ਵਾਸੀ … xyxy=(3,939,183,961)
classified-entry: ਮੈਂ ਮਨਜੀਤ ਸਿੰਘ ਪੁੱਤਰ ਬੰਤਾ ਸਿੰਘ ਵਾਸੀ ਪਿੰਡ… xyxy=(768,254,1127,277)
classified-entry: ਮੈਂ ਬਲਵਿੰਦਰ ਸਿੰਘ ਪੁੱਤਰ ਮੁਖਤਿਆਰ ਸਿੰਘ ਵਾਸੀ… xyxy=(768,614,1127,637)
notice-date: ਇਹ ਇਸ਼ਤਿਹਾਰ ਮੇਰੇ ਹਸਤਾਖਰ ਅਤੇ ਮੋਹਰ ਨਾਲ ਮਿਤ… xyxy=(1332,639,1504,658)
classified-entry: ਮੈਂ ਗੁਰਚਰਨ ਸਿੰਘ ਗਰੇਵਾਲ ਪੁੱਤਰ ਗੁਰਚਰਨ ਸਿੰਘ… xyxy=(386,656,562,678)
classified-entry: ਮੈਂ ਅਮਨਦੀਪ ਸਿੰਘ ਪੁੱਤਰ ਗੁਰਮੇਲ ਸਿੰਘ ਵਾਸੀ ਨ… xyxy=(188,471,367,493)
name-change-subcolumn-b: ਮੈਂ ਚਿਮਨ ਲਾਲ ਸਹਿਜਲਾਨ ਪੁੱਤਰ ਮੋਦਨ ਲਾਲ ਵਾਸੀ… xyxy=(188,191,367,1263)
notice-body: ਕੇਸ ਨੰ. ਬਨਾਮ ... ਮਿਤੀ 26.10.2023 ਨੂੰ ਹਾਜ… xyxy=(1332,620,1504,639)
classified-entry: ਮੈਂ ਚਿਮਨ ਲਾਲ ਸਹਿਜਲਾਨ ਪੁੱਤਰ ਮੋਦਨ ਲਾਲ ਵਾਸੀ… xyxy=(188,685,367,717)
classified-entry: I, Gurjot Singh Gill s/o Jasvir Singh R/… xyxy=(570,601,748,682)
notice-body: ਜਨਤਕ ਸੂਚਨਾ ਦਿੱਤੀ ਜਾਂਦੀ ਹੈ ਕਿ ਪ੍ਰਾਪਰਟੀ ਨੰ… xyxy=(1141,76,1506,104)
notice-title: Public Notice xyxy=(1332,1005,1504,1017)
notice-ref: ਰ: 166/ਮ.ਸ: ਮਿਤੀ:06-10-2023 xyxy=(1141,260,1506,270)
classified-entry: ਮੈਂ ਸਤਿੰਦਰ ਸਿੰਘ ਪੁੱਤਰ ਬਚਿੱਤਰ ਸਿੰਘ ਵਾਸੀ ਮ… xyxy=(3,1230,183,1262)
classified-entry: I, DALVIR KAUR CHOHAN W/O VARINDER SINGH… xyxy=(570,322,748,420)
classified-entry: ਮੈਂ, ਮਨਦੀਪ ਕੌਰ ਪਤਨੀ ਹਰਜਿੰਦਰ ਸਿੰਘ ਵਾਸੀ ਮਕ… xyxy=(386,128,562,161)
classified-entry: ਮੈਂ ਰਾਜਿੰਦਰ ਸਿੰਘ ਪੁੱਤਰ ਮੱਘਰ ਸਿੰਘ ਵਾਸੀ ਤਰ… xyxy=(3,526,183,548)
classified-entry: ਮੈਂ ਸਲੀਕ ਮੁਹੰਮਦ ਪੁੱਤਰ ਮੁਹੰਮਦ ਵਾਸੀ ਨੇ ਆਪਣ… xyxy=(188,628,367,650)
footer-banner: ਇਸ਼ਤਿਹਾਰ ਅਤੇ ਕਲਾਸੀਫਾਈਡ ਕੇਵਲ ਅਦਾਰਾ 'ਪਹਿਰੇ… xyxy=(0,2369,1512,2411)
classified-entry: ਮੈਂ ਜਸਪ੍ਰੀਤ ਸਿੰਘ ਪੁੱਤਰ ਵਾਸੀ B-1202, Exot… xyxy=(188,404,367,426)
classified-entry: ਮੈਂ ਦਲਜੀਤ ਕੌਰ ਪਤਨੀ ਜਸਮੀਤ ਸਿੰਘ ਵਾਸੀ ਪਿੰਡ … xyxy=(3,1118,183,1140)
ad-request-signature: ਮੈਨੇਜਰ xyxy=(1140,1689,1506,1701)
